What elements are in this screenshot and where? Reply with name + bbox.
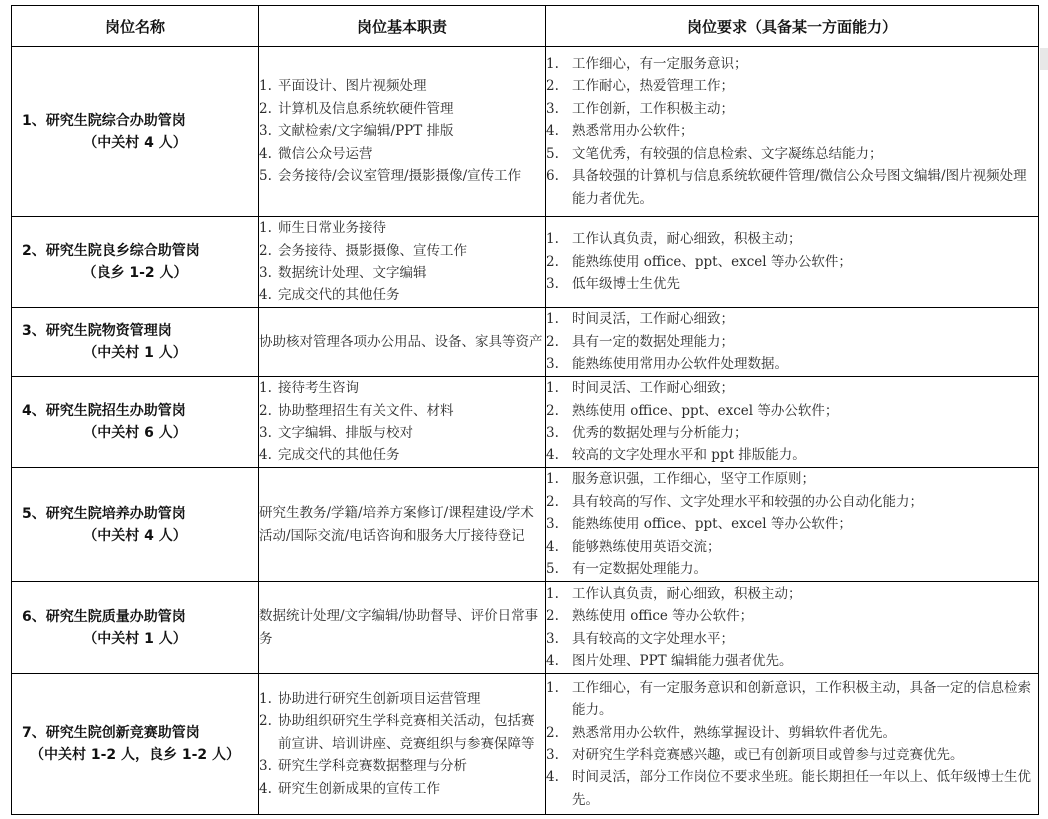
requirements-cell: 1.服务意识强，工作细心，坚守工作原则； 2.具有较高的写作、文字处理水平和较强… — [546, 468, 1039, 582]
position-cell: 5、研究生院培养办助管岗 （中关村 4 人） — [12, 468, 259, 582]
table-row: 4、研究生院招生办助管岗 （中关村 6 人） 1.接待考生咨询 2.协助整理招生… — [12, 377, 1039, 468]
job-positions-table: 岗位名称 岗位基本职责 岗位要求（具备某一方面能力） 1、研究生院综合办助管岗 … — [11, 5, 1039, 815]
requirement-item: 3.工作创新，工作积极主动； — [546, 98, 1038, 120]
position-title: 7、研究生院创新竞赛助管岗 — [12, 722, 258, 744]
duty-text: 数据统计处理/文字编辑/协助督导、评价日常事务 — [259, 605, 545, 650]
requirements-cell: 1.时间灵活，工作耐心细致； 2.具有一定的数据处理能力； 3.能熟练使用常用办… — [546, 308, 1039, 377]
requirement-item: 2.具有一定的数据处理能力； — [546, 331, 1038, 353]
table-row: 3、研究生院物资管理岗 （中关村 1 人） 协助核对管理各项办公用品、设备、家具… — [12, 308, 1039, 377]
requirement-item: 2.熟练使用 office 等办公软件； — [546, 605, 1038, 627]
duty-item: 2.协助组织研究生学科竞赛相关活动，包括赛前宣讲、培训讲座、竞赛组织与参赛保障等 — [259, 710, 545, 755]
requirement-item: 2.能熟练使用 office、ppt、excel 等办公软件； — [546, 251, 1038, 273]
position-location: （中关村 1 人） — [12, 342, 258, 364]
requirement-item: 1.工作细心，有一定服务意识和创新意识，工作积极主动，具备一定的信息检索能力。 — [546, 677, 1038, 722]
position-cell: 2、研究生院良乡综合助管岗 （良乡 1-2 人） — [12, 217, 259, 308]
requirement-item: 3.低年级博士生优先 — [546, 273, 1038, 295]
requirement-item: 6.具备较强的计算机与信息系统软硬件管理/微信公众号图文编辑/图片视频处理能力者… — [546, 165, 1038, 210]
requirement-item: 3.能熟练使用常用办公软件处理数据。 — [546, 353, 1038, 375]
requirement-item: 4.较高的文字处理水平和 ppt 排版能力。 — [546, 444, 1038, 466]
requirement-item: 1.工作认真负责，耐心细致，积极主动； — [546, 228, 1038, 250]
duty-item: 3.研究生学科竞赛数据整理与分析 — [259, 755, 545, 777]
requirement-item: 1.时间灵活，工作耐心细致； — [546, 308, 1038, 330]
table-row: 1、研究生院综合办助管岗 （中关村 4 人） 1.平面设计、图片视频处理 2.计… — [12, 47, 1039, 217]
duty-text: 协助核对管理各项办公用品、设备、家具等资产 — [259, 331, 545, 353]
duty-item: 4.研究生创新成果的宣传工作 — [259, 778, 545, 800]
position-title: 6、研究生院质量办助管岗 — [12, 606, 258, 628]
requirement-item: 2.熟悉常用办公软件，熟练掌握设计、剪辑软件者优先。 — [546, 722, 1038, 744]
duty-item: 1.师生日常业务接待 — [259, 217, 545, 239]
header-position-name: 岗位名称 — [12, 6, 259, 47]
duties-cell: 1.接待考生咨询 2.协助整理招生有关文件、材料 3.文字编辑、排版与校对 4.… — [259, 377, 546, 468]
position-cell: 3、研究生院物资管理岗 （中关村 1 人） — [12, 308, 259, 377]
position-title: 2、研究生院良乡综合助管岗 — [12, 240, 258, 262]
duty-item: 5.会务接待/会议室管理/摄影摄像/宣传工作 — [259, 165, 545, 187]
requirement-item: 3.对研究生学科竞赛感兴趣，或已有创新项目或曾参与过竞赛优先。 — [546, 744, 1038, 766]
duty-item: 4.完成交代的其他任务 — [259, 444, 545, 466]
requirements-cell: 1.时间灵活、工作耐心细致； 2.熟练使用 office、ppt、excel 等… — [546, 377, 1039, 468]
requirement-item: 4.图片处理、PPT 编辑能力强者优先。 — [546, 650, 1038, 672]
requirement-item: 1.服务意识强，工作细心，坚守工作原则； — [546, 468, 1038, 490]
position-location: （中关村 1-2 人，良乡 1-2 人） — [12, 744, 258, 766]
position-cell: 1、研究生院综合办助管岗 （中关村 4 人） — [12, 47, 259, 217]
position-title: 3、研究生院物资管理岗 — [12, 320, 258, 342]
requirement-item: 4.能够熟练使用英语交流； — [546, 536, 1038, 558]
duty-item: 3.文字编辑、排版与校对 — [259, 422, 545, 444]
position-cell: 6、研究生院质量办助管岗 （中关村 1 人） — [12, 582, 259, 674]
duty-item: 2.协助整理招生有关文件、材料 — [259, 400, 545, 422]
duty-item: 4.完成交代的其他任务 — [259, 284, 545, 306]
position-cell: 4、研究生院招生办助管岗 （中关村 6 人） — [12, 377, 259, 468]
duty-item: 3.数据统计处理、文字编辑 — [259, 262, 545, 284]
position-location: （中关村 4 人） — [12, 525, 258, 547]
duty-item: 1.平面设计、图片视频处理 — [259, 75, 545, 97]
position-title: 1、研究生院综合办助管岗 — [12, 110, 258, 132]
requirement-item: 3.具有较高的文字处理水平； — [546, 628, 1038, 650]
duties-cell: 研究生教务/学籍/培养方案修订/课程建设/学术活动/国际交流/电话咨询和服务大厅… — [259, 468, 546, 582]
table-row: 6、研究生院质量办助管岗 （中关村 1 人） 数据统计处理/文字编辑/协助督导、… — [12, 582, 1039, 674]
position-cell: 7、研究生院创新竞赛助管岗 （中关村 1-2 人，良乡 1-2 人） — [12, 674, 259, 815]
position-title: 4、研究生院招生办助管岗 — [12, 400, 258, 422]
requirement-item: 1.时间灵活、工作耐心细致； — [546, 377, 1038, 399]
requirement-item: 2.工作耐心，热爱管理工作； — [546, 75, 1038, 97]
position-location: （中关村 1 人） — [12, 628, 258, 650]
duties-cell: 1.平面设计、图片视频处理 2.计算机及信息系统软硬件管理 3.文献检索/文字编… — [259, 47, 546, 217]
position-title: 5、研究生院培养办助管岗 — [12, 503, 258, 525]
requirement-item: 3.能熟练使用 office、ppt、excel 等办公软件； — [546, 513, 1038, 535]
requirements-cell: 1.工作认真负责，耐心细致，积极主动； 2.熟练使用 office 等办公软件；… — [546, 582, 1039, 674]
header-duties: 岗位基本职责 — [259, 6, 546, 47]
table-row: 2、研究生院良乡综合助管岗 （良乡 1-2 人） 1.师生日常业务接待 2.会务… — [12, 217, 1039, 308]
requirement-item: 4.时间灵活，部分工作岗位不要求坐班。能长期担任一年以上、低年级博士生优先。 — [546, 766, 1038, 811]
requirement-item: 2.熟练使用 office、ppt、excel 等办公软件； — [546, 400, 1038, 422]
position-location: （中关村 4 人） — [12, 132, 258, 154]
table-header-row: 岗位名称 岗位基本职责 岗位要求（具备某一方面能力） — [12, 6, 1039, 47]
duties-cell: 1.师生日常业务接待 2.会务接待、摄影摄像、宣传工作 3.数据统计处理、文字编… — [259, 217, 546, 308]
requirements-cell: 1.工作细心，有一定服务意识和创新意识，工作积极主动，具备一定的信息检索能力。 … — [546, 674, 1039, 815]
header-requirements: 岗位要求（具备某一方面能力） — [546, 6, 1039, 47]
duty-text: 研究生教务/学籍/培养方案修订/课程建设/学术活动/国际交流/电话咨询和服务大厅… — [259, 502, 545, 547]
position-location: （良乡 1-2 人） — [12, 262, 258, 284]
table-row: 7、研究生院创新竞赛助管岗 （中关村 1-2 人，良乡 1-2 人） 1.协助进… — [12, 674, 1039, 815]
duties-cell: 数据统计处理/文字编辑/协助督导、评价日常事务 — [259, 582, 546, 674]
requirement-item: 1.工作细心，有一定服务意识； — [546, 53, 1038, 75]
table-row: 5、研究生院培养办助管岗 （中关村 4 人） 研究生教务/学籍/培养方案修订/课… — [12, 468, 1039, 582]
requirement-item: 1.工作认真负责，耐心细致，积极主动； — [546, 583, 1038, 605]
duty-item: 4.微信公众号运营 — [259, 143, 545, 165]
page-edge-shadow — [1040, 48, 1048, 70]
requirement-item: 4.熟悉常用办公软件； — [546, 120, 1038, 142]
requirement-item: 2.具有较高的写作、文字处理水平和较强的办公自动化能力； — [546, 491, 1038, 513]
duty-item: 2.会务接待、摄影摄像、宣传工作 — [259, 240, 545, 262]
requirement-item: 3.优秀的数据处理与分析能力； — [546, 422, 1038, 444]
duty-item: 1.接待考生咨询 — [259, 377, 545, 399]
duty-item: 1.协助进行研究生创新项目运营管理 — [259, 688, 545, 710]
duty-item: 3.文献检索/文字编辑/PPT 排版 — [259, 120, 545, 142]
requirement-item: 5.文笔优秀，有较强的信息检索、文字凝练总结能力； — [546, 143, 1038, 165]
duties-cell: 协助核对管理各项办公用品、设备、家具等资产 — [259, 308, 546, 377]
requirements-cell: 1.工作细心，有一定服务意识； 2.工作耐心，热爱管理工作； 3.工作创新，工作… — [546, 47, 1039, 217]
duties-cell: 1.协助进行研究生创新项目运营管理 2.协助组织研究生学科竞赛相关活动，包括赛前… — [259, 674, 546, 815]
position-location: （中关村 6 人） — [12, 422, 258, 444]
requirement-item: 5.有一定数据处理能力。 — [546, 558, 1038, 580]
duty-item: 2.计算机及信息系统软硬件管理 — [259, 98, 545, 120]
requirements-cell: 1.工作认真负责，耐心细致，积极主动； 2.能熟练使用 office、ppt、e… — [546, 217, 1039, 308]
